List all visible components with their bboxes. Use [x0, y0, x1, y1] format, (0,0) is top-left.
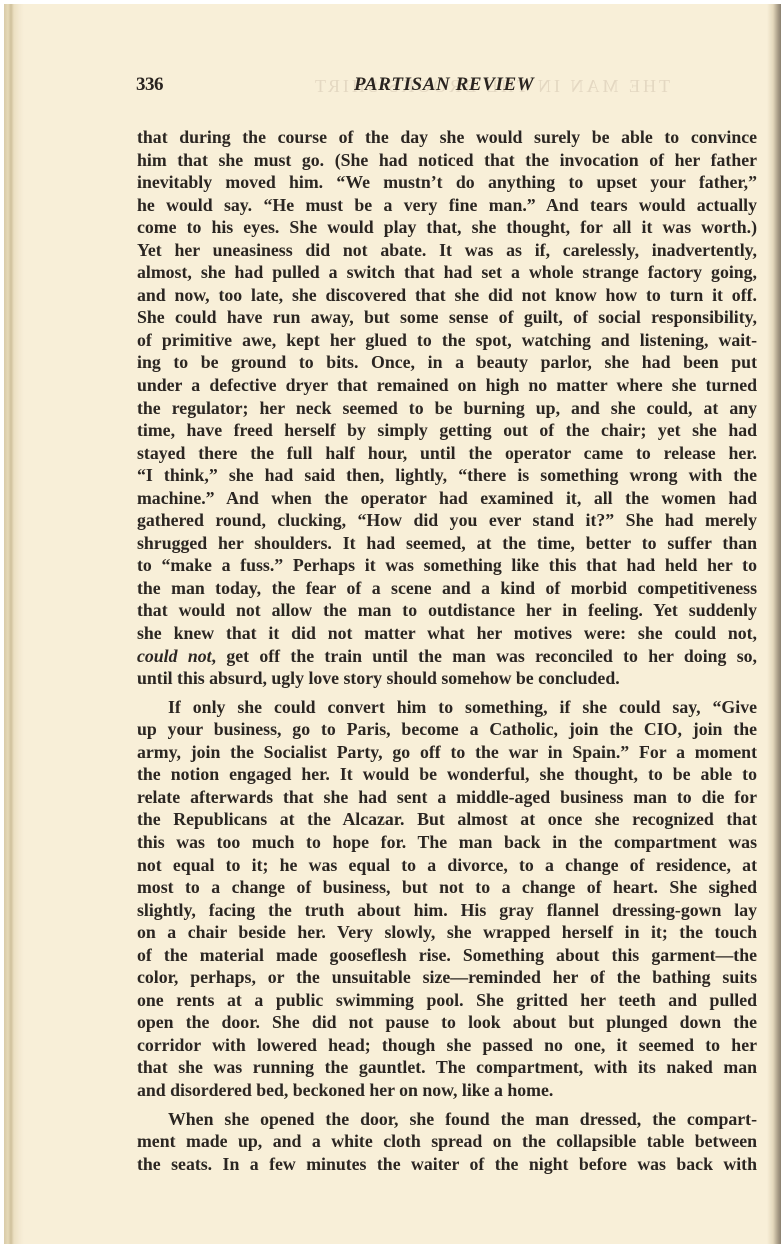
text-line: up your business, go to Paris, become a …	[137, 718, 757, 741]
text-line: one rents at a public swimming pool. She…	[137, 989, 757, 1012]
text-line: that she was running the gauntlet. The c…	[137, 1056, 757, 1079]
paragraph-1: that during the course of the day she wo…	[137, 126, 757, 690]
text-line: slightly, facing the truth about him. Hi…	[137, 899, 757, 922]
text-line: corridor with lowered head; though she p…	[137, 1034, 757, 1057]
page-right-edge-shadow	[767, 4, 781, 1244]
text-line: that would not allow the man to outdista…	[137, 599, 757, 622]
text-line: shrugged her shoulders. It had seemed, a…	[137, 532, 757, 555]
text-line: not equal to it; he was equal to a divor…	[137, 854, 757, 877]
text-line: “I think,” she had said then, lightly, “…	[137, 464, 757, 487]
paragraph-2: If only she could convert him to somethi…	[137, 696, 757, 1102]
text-line: time, have freed herself by simply getti…	[137, 419, 757, 442]
text-line: on a chair beside her. Very slowly, she …	[137, 921, 757, 944]
text-line: stayed there the full half hour, until t…	[137, 442, 757, 465]
text-line: machine.” And when the operator had exam…	[137, 487, 757, 510]
text-line: army, join the Socialist Party, go off t…	[137, 741, 757, 764]
text-line: this was too much to hope for. The man b…	[137, 831, 757, 854]
paragraph-3: When she opened the door, she found the …	[137, 1108, 757, 1176]
text-line-italic-start: could not, get off the train until the m…	[137, 645, 757, 668]
text-line: he would say. “He must be a very fine ma…	[137, 194, 757, 217]
text-line: of primitive awe, kept her glued to the …	[137, 329, 757, 352]
text-line: the notion engaged her. It would be wond…	[137, 763, 757, 786]
text-line: the seats. In a few minutes the waiter o…	[137, 1153, 757, 1176]
text-line: She could have run away, but some sense …	[137, 306, 757, 329]
running-head: PARTISAN REVIEW	[354, 74, 534, 96]
text-line: under a defective dryer that remained on…	[137, 374, 757, 397]
text-line: color, perhaps, or the unsuitable size—r…	[137, 966, 757, 989]
text-line: almost, she had pulled a switch that had…	[137, 261, 757, 284]
text-line: to “make a fuss.” Perhaps it was somethi…	[137, 554, 757, 577]
page-spine-edge	[4, 4, 24, 1244]
text-line: and now, too late, she discovered that s…	[137, 284, 757, 307]
italic-emphasis: could not	[137, 646, 212, 666]
text-line: the Republicans at the Alcazar. But almo…	[137, 808, 757, 831]
page-header: THE MAN IN THE BROOKS SHIRT 336 PARTISAN…	[136, 74, 756, 104]
book-page: THE MAN IN THE BROOKS SHIRT 336 PARTISAN…	[4, 4, 781, 1244]
text-line: Yet her uneasiness did not abate. It was…	[137, 239, 757, 262]
text-line: come to his eyes. She would play that, s…	[137, 216, 757, 239]
text-line: ing to be ground to bits. Once, in a bea…	[137, 351, 757, 374]
text-line: and disordered bed, beckoned her on now,…	[137, 1079, 757, 1102]
text-line: relate afterwards that she had sent a mi…	[137, 786, 757, 809]
text-line: open the door. She did not pause to look…	[137, 1011, 757, 1034]
text-line: him that she must go. (She had noticed t…	[137, 149, 757, 172]
text-line: the man today, the fear of a scene and a…	[137, 577, 757, 600]
text-line: If only she could convert him to somethi…	[137, 696, 757, 719]
text-line: ment made up, and a white cloth spread o…	[137, 1130, 757, 1153]
page-number: 336	[136, 74, 163, 96]
text-line: When she opened the door, she found the …	[137, 1108, 757, 1131]
text-line: most to a change of business, but not to…	[137, 876, 757, 899]
text-line: until this absurd, ugly love story shoul…	[137, 667, 757, 690]
text-line: that during the course of the day she wo…	[137, 126, 757, 149]
text-line: inevitably moved him. “We mustn’t do any…	[137, 171, 757, 194]
body-text: that during the course of the day she wo…	[137, 126, 757, 1175]
text-line: she knew that it did not matter what her…	[137, 622, 757, 645]
text-line: the regulator; her neck seemed to be bur…	[137, 397, 757, 420]
text-line: gathered round, clucking, “How did you e…	[137, 509, 757, 532]
text-line: of the material made gooseflesh rise. So…	[137, 944, 757, 967]
